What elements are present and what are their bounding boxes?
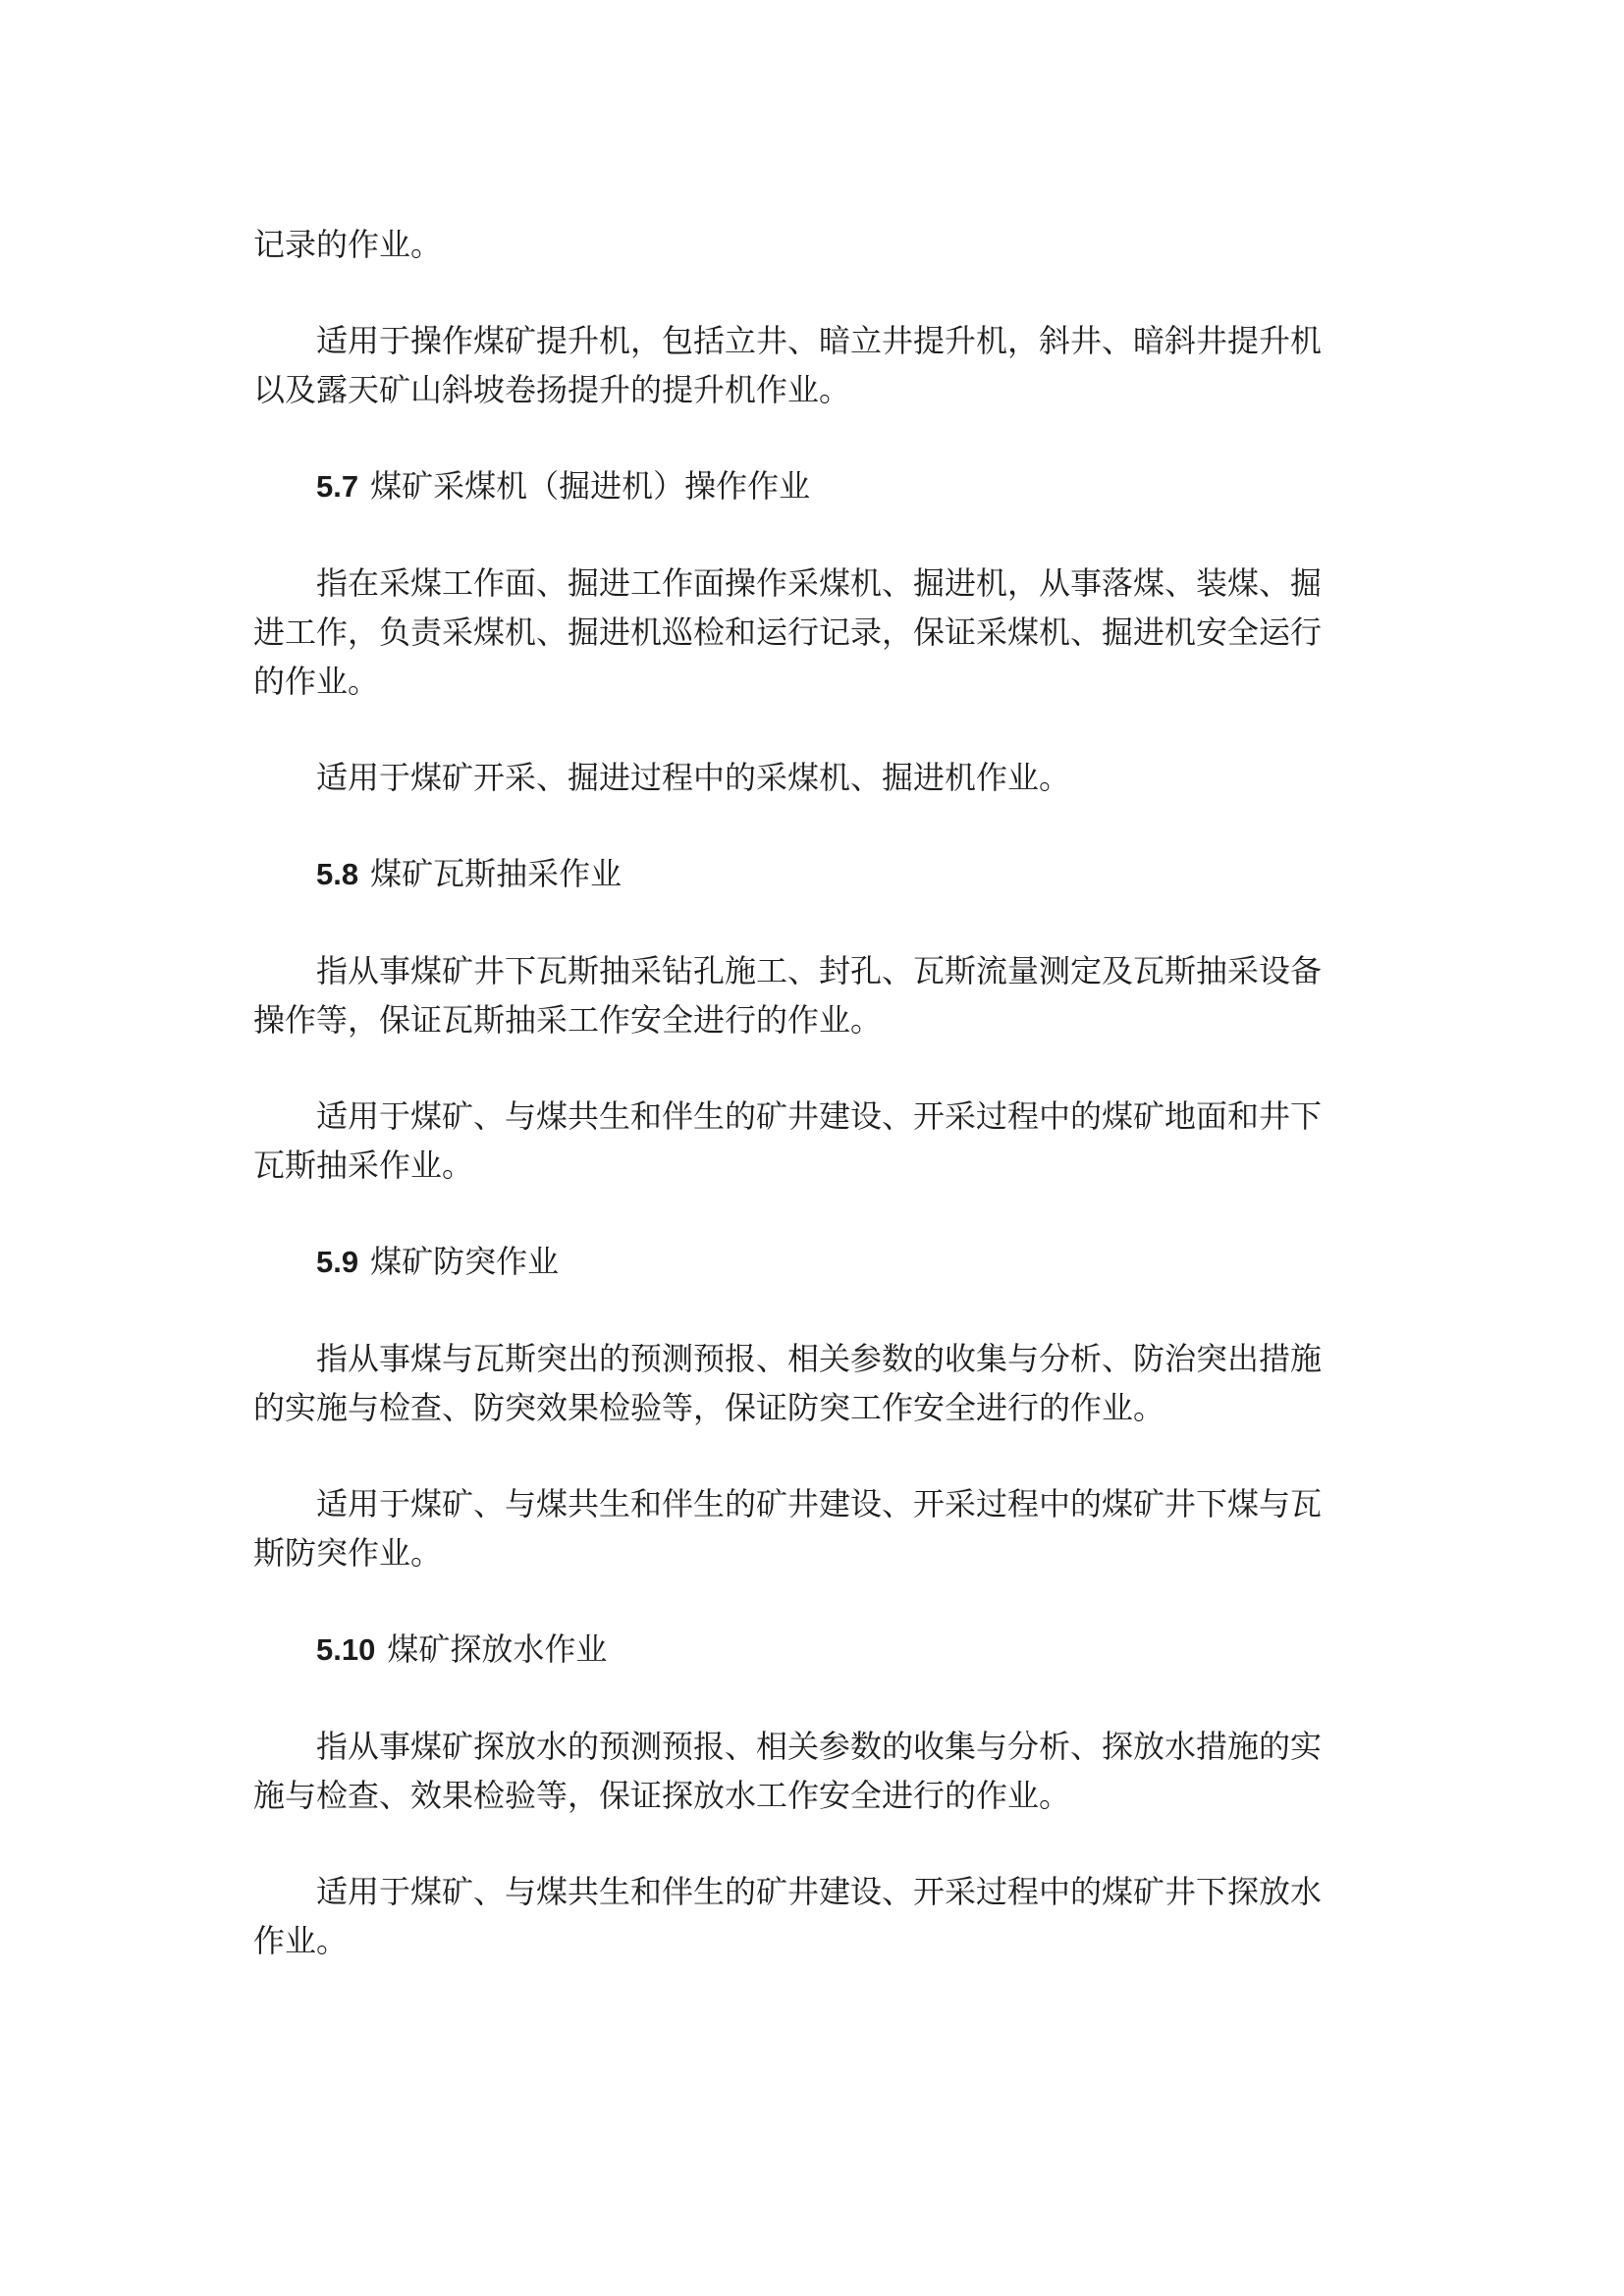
text-line: 施与检查、效果检验等，保证探放水工作安全进行的作业。 (253, 1771, 1360, 1820)
section-number: 5.8 (316, 857, 358, 891)
text-line: 操作等，保证瓦斯抽采工作安全进行的作业。 (253, 995, 1360, 1044)
text-line: 适用于煤矿、与煤共生和伴生的矿井建设、开采过程中的煤矿井下探放水 (253, 1867, 1360, 1916)
paragraph: 指从事煤与瓦斯突出的预测预报、相关参数的收集与分析、防治突出措施 的实施与检查、… (253, 1334, 1360, 1432)
text-line: 适用于操作煤矿提升机，包括立井、暗立井提升机，斜井、暗斜井提升机 (253, 316, 1360, 365)
text-line: 适用于煤矿、与煤共生和伴生的矿井建设、开采过程中的煤矿井下煤与瓦 (253, 1479, 1360, 1528)
section-title: 煤矿瓦斯抽采作业 (370, 856, 622, 891)
paragraph: 适用于煤矿、与煤共生和伴生的矿井建设、开采过程中的煤矿井下探放水 作业。 (253, 1867, 1360, 1965)
paragraph-continuation: 记录的作业。 (253, 220, 1360, 269)
paragraph: 指在采煤工作面、掘进工作面操作采煤机、掘进机，从事落煤、装煤、掘 进工作，负责采… (253, 559, 1360, 706)
text-line: 指在采煤工作面、掘进工作面操作采煤机、掘进机，从事落煤、装煤、掘 (253, 559, 1360, 608)
section-number: 5.7 (316, 469, 358, 504)
heading-line: 5.10煤矿探放水作业 (253, 1625, 1360, 1675)
section-title: 煤矿探放水作业 (387, 1631, 607, 1667)
text-line: 记录的作业。 (253, 220, 1360, 269)
section-number: 5.10 (316, 1632, 375, 1667)
section-heading-5-9: 5.9煤矿防突作业 (253, 1237, 1360, 1287)
section-heading-5-7: 5.7煤矿采煤机（掘进机）操作作业 (253, 461, 1360, 511)
document-text-body: 记录的作业。 适用于操作煤矿提升机，包括立井、暗立井提升机，斜井、暗斜井提升机 … (253, 220, 1360, 1965)
text-line: 指从事煤矿井下瓦斯抽采钻孔施工、封孔、瓦斯流量测定及瓦斯抽采设备 (253, 946, 1360, 995)
paragraph: 适用于煤矿、与煤共生和伴生的矿井建设、开采过程中的煤矿地面和井下 瓦斯抽采作业。 (253, 1092, 1360, 1190)
heading-line: 5.8煤矿瓦斯抽采作业 (253, 849, 1360, 899)
heading-line: 5.9煤矿防突作业 (253, 1237, 1360, 1287)
text-line: 斯防突作业。 (253, 1528, 1360, 1577)
section-title: 煤矿采煤机（掘进机）操作作业 (370, 468, 810, 504)
section-heading-5-8: 5.8煤矿瓦斯抽采作业 (253, 849, 1360, 899)
document-page: 记录的作业。 适用于操作煤矿提升机，包括立井、暗立井提升机，斜井、暗斜井提升机 … (0, 0, 1624, 2296)
text-line: 的作业。 (253, 657, 1360, 706)
text-line: 指从事煤矿探放水的预测预报、相关参数的收集与分析、探放水措施的实 (253, 1722, 1360, 1771)
heading-line: 5.7煤矿采煤机（掘进机）操作作业 (253, 461, 1360, 511)
paragraph: 适用于操作煤矿提升机，包括立井、暗立井提升机，斜井、暗斜井提升机 以及露天矿山斜… (253, 316, 1360, 414)
text-line: 进工作，负责采煤机、掘进机巡检和运行记录，保证采煤机、掘进机安全运行 (253, 608, 1360, 657)
paragraph: 适用于煤矿、与煤共生和伴生的矿井建设、开采过程中的煤矿井下煤与瓦 斯防突作业。 (253, 1479, 1360, 1577)
paragraph: 适用于煤矿开采、掘进过程中的采煤机、掘进机作业。 (253, 753, 1360, 802)
text-line: 以及露天矿山斜坡卷扬提升的提升机作业。 (253, 365, 1360, 414)
section-title: 煤矿防突作业 (370, 1244, 559, 1279)
text-line: 的实施与检查、防突效果检验等，保证防突工作安全进行的作业。 (253, 1383, 1360, 1432)
text-line: 指从事煤与瓦斯突出的预测预报、相关参数的收集与分析、防治突出措施 (253, 1334, 1360, 1383)
paragraph: 指从事煤矿探放水的预测预报、相关参数的收集与分析、探放水措施的实 施与检查、效果… (253, 1722, 1360, 1820)
text-line: 瓦斯抽采作业。 (253, 1141, 1360, 1190)
text-line: 适用于煤矿开采、掘进过程中的采煤机、掘进机作业。 (253, 753, 1360, 802)
section-heading-5-10: 5.10煤矿探放水作业 (253, 1625, 1360, 1675)
text-line: 适用于煤矿、与煤共生和伴生的矿井建设、开采过程中的煤矿地面和井下 (253, 1092, 1360, 1141)
paragraph: 指从事煤矿井下瓦斯抽采钻孔施工、封孔、瓦斯流量测定及瓦斯抽采设备 操作等，保证瓦… (253, 946, 1360, 1044)
text-line: 作业。 (253, 1916, 1360, 1965)
section-number: 5.9 (316, 1245, 358, 1279)
